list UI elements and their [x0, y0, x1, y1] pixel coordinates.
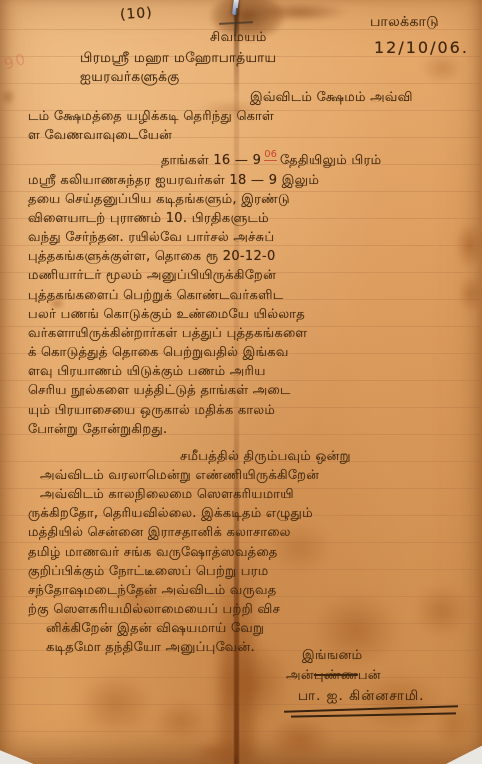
letter-line: குறிப்பிக்கும் நோட்டீஸைப் பெற்று பரம — [28, 562, 476, 581]
letter-line: இவ்விடம் க்ஷேமம் அவ்வி — [28, 88, 476, 107]
letter-line: செரிய நூல்களை யத்திட்டுத் தாங்கள் அடை — [28, 381, 476, 400]
letter-line-text: தாங்கள் 16 — 9 — [161, 153, 261, 168]
letter-line: சமீபத்தில் திரும்பவும் ஒன்று — [28, 447, 476, 466]
date-line: 12/10/06. — [374, 38, 469, 57]
letter-line: புத்தகங்களைப் பெற்றுக் கொண்டவர்களிட — [28, 286, 476, 305]
letter-line: டம் க்ஷேமத்தை யழிக்கடி தெரிந்து கொள் — [28, 107, 476, 126]
letter-line: ற்கு ஸௌகரியமில்லாமையைப் பற்றி விச — [28, 600, 476, 619]
letter-line: தாங்கள் 16 — 906தேதியிலும் பிரம் — [28, 145, 476, 170]
closing-from-text: பன் — [358, 668, 381, 683]
letter-line: அவ்விடம் காலநிலைமை ஸௌகரியமாயி — [28, 485, 476, 504]
letter-line-text: தேதியிலும் பிரம் — [280, 153, 381, 168]
stain — [252, 2, 347, 22]
letter-line: தமிழ் மாணவர் சங்க வருஷோத்ஸவத்தை — [28, 543, 476, 562]
letter-line: னிக்கிறேன் இதன் விஷயமாய் வேறு — [28, 619, 476, 638]
letter-line: கடிதமோ தந்தியோ அனுப்புவேன். — [28, 638, 476, 657]
letter-line: அவ்விடம் வரலாமென்று எண்ணியிருக்கிறேன் — [28, 466, 476, 485]
stain — [154, 700, 208, 742]
letter-body: இவ்விடம் க்ஷேமம் அவ்வி டம் க்ஷேமத்தை யழி… — [28, 88, 476, 658]
signature-underline — [284, 705, 458, 712]
letter-line: வந்து சேர்ந்தன. ரயில்வே பார்சல் அச்சுப் — [28, 228, 476, 247]
letter-line: ளவு பிரயாணம் யிடுக்கும் பணம் அரிய — [28, 362, 476, 381]
page-number: (10) — [119, 5, 153, 23]
letter-paper: (10) பாலக்காடு சிவமயம் 12/10/06. பிரமஸ்ர… — [0, 0, 482, 764]
letter-line: மத்தியில் சென்னை இராசதானிக் கலாசாலை — [28, 523, 476, 542]
salutation-line: ஐயரவர்களுக்கு — [80, 69, 180, 87]
salutation-line: பிரமஸ்ரீ மஹா மஹோபாத்யாய — [80, 50, 277, 68]
letter-line: க் கொடுத்துத் தொகை பெற்றுவதில் இங்கவ — [28, 343, 476, 362]
letter-line: ள வேணவாவுடையேன் — [28, 126, 476, 145]
letter-line: யும் பிரயாசையை ஒருகால் மதிக்க காலம் — [28, 401, 476, 420]
ink-bleed-mark: 06 — [0, 49, 27, 73]
letter-line: வர்களாயிருக்கின்றார்கள் பத்துப் புத்தகங்… — [28, 324, 476, 343]
closing-from-text: அன் — [286, 668, 314, 683]
red-correction: 06 — [264, 149, 277, 161]
letter-line: பலர் பணங் கொடுக்கும் உண்மையே யில்லாத — [28, 305, 476, 324]
stain — [268, 716, 332, 762]
stain — [0, 88, 16, 106]
letter-line: போன்று தோன்றுகிறது. — [28, 420, 476, 439]
letter-line: விளையாடற் புராணம் 10. பிரதிகளுடம் — [28, 209, 476, 228]
letter-line: மஸ்ரீ கலியாணசுந்தர ஐயரவர்கள் 18 — 9 இலும… — [28, 171, 476, 190]
valediction: இங்ஙனம் — [302, 648, 363, 664]
struck-word: புண்ண — [314, 668, 358, 683]
place-line: பாலக்காடு — [370, 14, 439, 32]
letter-line: புத்தகங்களுக்குள்ள, தொகை ரூ 20-12-0 — [28, 247, 476, 266]
letter-line: மணியார்டர் மூலம் அனுப்பியிருக்கிறேன் — [28, 266, 476, 285]
letter-line: தயை செய்தனுப்பிய கடிதங்களும், இரண்டு — [28, 190, 476, 209]
closing-from-line: அன்புண்ணபன் — [286, 668, 381, 684]
letter-line: சந்தோஷமடைந்தேன் அவ்விடம் வருவத — [28, 581, 476, 600]
photograph-of-letter: (10) பாலக்காடு சிவமயம் 12/10/06. பிரமஸ்ர… — [0, 0, 482, 764]
signature-underline — [291, 712, 456, 717]
signature: பா. ஐ. கின்னசாமி. — [298, 688, 424, 706]
stain — [78, 672, 154, 736]
invocation: சிவமயம் — [210, 30, 267, 46]
letter-line: ருக்கிறதோ, தெரியவில்லை. இக்கடிதம் எழுதும… — [28, 504, 476, 523]
